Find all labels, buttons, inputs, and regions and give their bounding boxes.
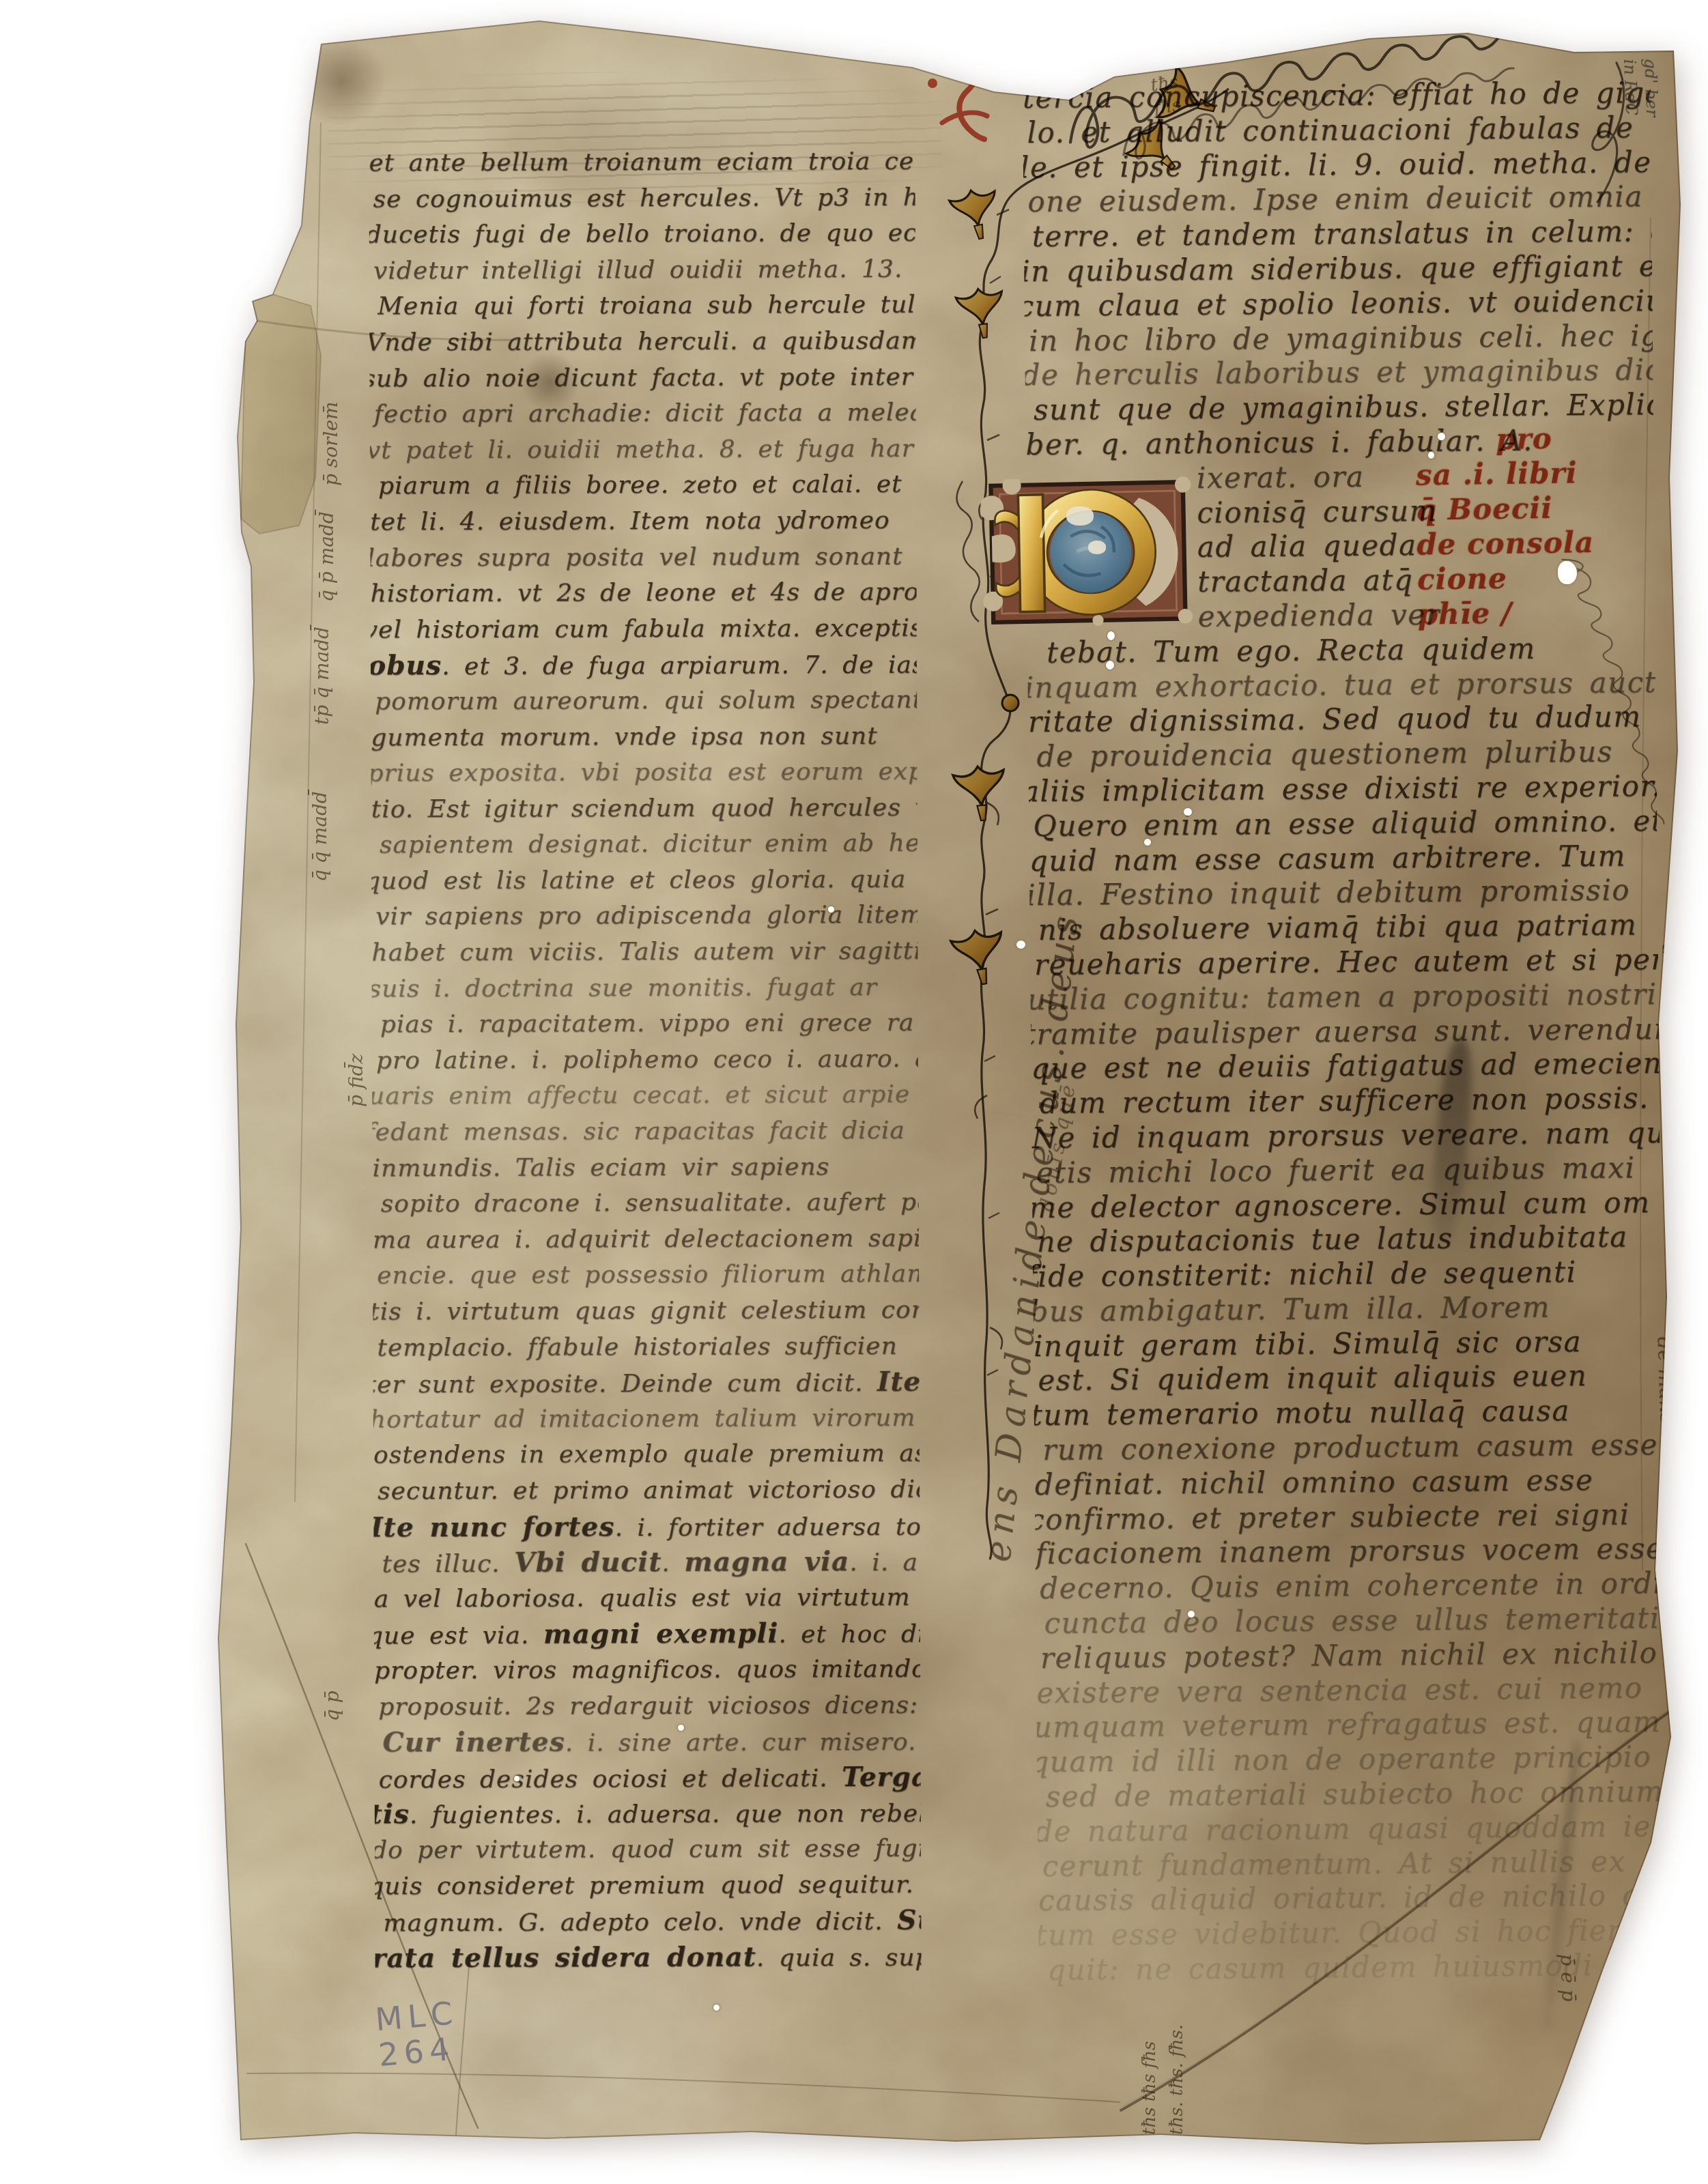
- text-line: videtur intelligi illud ouidii metha. 13…: [373, 251, 915, 289]
- text-line: ter sunt exposite. Deinde cum dicit. Ite…: [367, 1364, 920, 1402]
- text-line: datis. fugientes. i. aduersa. que non re…: [332, 1795, 921, 1833]
- text-line: cerunt fundamentum. At si nullis ex: [1042, 1844, 1666, 1884]
- parchment-hole: [1144, 839, 1151, 846]
- text-line: vt patet li. ouidii metha. 8. et fuga ha…: [367, 431, 916, 468]
- parchment-hole: [1438, 433, 1445, 440]
- corner-note-line: gd' ber: [1640, 58, 1662, 117]
- text-line: causis aliquid oriatur. id de nichilo or: [1038, 1878, 1666, 1919]
- text-line: fide constiterit: nichil de sequenti: [1026, 1254, 1661, 1295]
- text-line: ma aurea i. adquirit delectacionem sapi: [373, 1220, 919, 1258]
- text-line: labores supra posita vel nudum sonant: [367, 538, 916, 576]
- text-line: tramite paulisper auersa sunt. verendum: [1024, 1012, 1659, 1052]
- text-line: se cognouimus est hercules. Vt p3 in his…: [373, 179, 915, 217]
- parchment-hole: [1558, 561, 1577, 584]
- text-line: reliquus potest? Nam nichil ex nichilo: [1040, 1636, 1664, 1676]
- text-line: tet li. 4. eiusdem. Item nota ydromeo: [370, 503, 916, 541]
- text-line: magnum. G. adepto celo. vnde dicit. Supe: [383, 1903, 921, 1940]
- text-line: piarum a filiis boree. zeto et calai. et…: [378, 467, 916, 504]
- text-line: aliis implicitam esse dixisti re experio…: [1022, 769, 1657, 809]
- text-line: Ne id inquam prorsus vereare. nam qui: [1031, 1116, 1660, 1156]
- parchment-hole: [713, 2005, 720, 2011]
- text-line: illa. Festino inquit debitum promissio: [1026, 873, 1657, 913]
- text-line: terre. et tandem translatus in celum: ef…: [1032, 214, 1652, 255]
- pen-trials-bottom: tħs tħs fħs tħs. tħs. fħs.: [1136, 2024, 1191, 2135]
- text-line: pomorum aureorum. qui solum spectant ad …: [375, 682, 917, 720]
- text-line: suis i. doctrina sue monitis. fugat ar: [369, 969, 918, 1007]
- right-margin-note: de māns doctū: [1652, 1336, 1681, 1489]
- text-line: le. et ipse fingit. li. 9. ouid. metha. …: [1020, 145, 1651, 186]
- parchment-hole: [678, 1725, 684, 1731]
- text-line: uaris enim affectu cecat. et sicut arpie: [369, 1077, 918, 1115]
- text-line: pias i. rapacitatem. vippo eni grece ra: [380, 1005, 918, 1043]
- left-margin-note: q̄ p̄ madd̄: [315, 511, 338, 602]
- parchment-hole: [514, 1776, 519, 1781]
- gold-fleuron-icon: [952, 764, 1009, 823]
- text-line: cordes desides ociosi et delicati. Terga…: [379, 1759, 921, 1796]
- text-line: de herculis laboribus et ymaginibus dict…: [1021, 353, 1653, 393]
- left-text-column: et ante bellum troianum eciam troia cepi…: [369, 144, 921, 1977]
- rubric-line: sa .i. libri: [1416, 455, 1587, 492]
- text-line: in quibusdam sideribus. que effigiant eu…: [1021, 249, 1652, 289]
- text-line: ducetis fugi de bello troiano. de quo ec…: [366, 216, 915, 253]
- corner-note: gd' ber in RdC: [1619, 58, 1662, 118]
- text-line: one eiusdem. Ipse enim deuicit omnia mon…: [1027, 179, 1651, 220]
- text-line: umquam veterum refragatus est. quam: [1034, 1705, 1665, 1745]
- text-line: decerno. Quis enim cohercente in ordinem: [1040, 1566, 1664, 1607]
- left-margin-note: q̄ p̄: [321, 1691, 343, 1721]
- text-line: quis consideret premium quod sequitur. b…: [368, 1867, 921, 1904]
- text-line: do per virtutem. quod cum sit esse fugie…: [371, 1831, 921, 1869]
- text-line: fectio apri archadie: dicit facta a mele…: [374, 395, 916, 433]
- text-line: quid nam esse casum arbitrere. Tum: [1029, 839, 1657, 879]
- text-line: dum rectum iter sufficere non possis.: [1040, 1081, 1660, 1121]
- left-margin-note: q̄ q̄ madd̄: [309, 791, 331, 882]
- text-line: Vnde sibi attributa herculi. a quibusdam: [366, 324, 915, 361]
- text-line: de natura racionum quasi quoddam ie: [1034, 1809, 1666, 1850]
- parchment-hole: [828, 906, 834, 913]
- text-line: definiat. nichil omnino casum esse: [1035, 1463, 1663, 1503]
- text-line: proposuit. 2s redarguit viciosos dicens:: [378, 1687, 920, 1725]
- text-line: vir sapiens pro adipiscenda gloria litem: [375, 897, 917, 935]
- parchment-hole: [1106, 661, 1114, 670]
- text-line: pro latine. i. poliphemo ceco i. auaro. …: [376, 1041, 918, 1078]
- text-line: Quero enim an esse aliquid omnino. et: [1033, 804, 1657, 844]
- leaf-shadow: et ante bellum troianum eciam troia cepi…: [0, 0, 1708, 2184]
- text-line: utilia cognitu: tamen a propositi nostri: [1027, 977, 1658, 1018]
- text-line: Menia qui forti troiana sub hercule tuli…: [378, 287, 915, 325]
- right-margin-note: p̄ ē p̄: [1556, 1953, 1580, 2002]
- text-line: sub alio noie dicunt facta. vt pote inte…: [362, 359, 915, 397]
- text-line: sopito dracone i. sensualitate. aufert p…: [381, 1185, 919, 1222]
- text-line: ne disputacionis tue latus indubitata: [1036, 1220, 1660, 1260]
- page-background: et ante bellum troianum eciam troia cepi…: [0, 0, 1708, 2184]
- gold-fleuron-icon: [955, 286, 1008, 341]
- rubric-line: phīe /: [1417, 594, 1589, 631]
- manuscript-leaf: et ante bellum troianum eciam troia cepi…: [0, 0, 1708, 2184]
- text-line: tis i. virtutum quas gignit celestium co…: [369, 1293, 919, 1330]
- text-line: secuntur. et primo animat victorioso dic…: [378, 1472, 920, 1510]
- gold-ball-icon: [1002, 695, 1019, 711]
- corner-note-line: in RdC: [1619, 59, 1642, 118]
- text-line: hortatur ad imitacionem talium virorum f…: [370, 1400, 920, 1437]
- text-line: tes illuc. Vbi ducit. magna via. i. ardu…: [382, 1544, 920, 1581]
- left-margin-note: p̄ fid̄z: [345, 1054, 367, 1107]
- text-line: sed de materiali subiecto hoc omnium: [1046, 1774, 1666, 1815]
- text-line: Ite nunc fortes. i. fortiter aduersa tol…: [370, 1508, 920, 1545]
- text-line: tebat. Tum ego. Recta quidem: [1047, 631, 1655, 671]
- parchment-hole: [1428, 452, 1434, 459]
- text-line: que est ne deuiis fatigatus ad emecien: [1031, 1046, 1659, 1087]
- text-line: me delector agnoscere. Simul cum om: [1029, 1185, 1660, 1225]
- pen-trial-line: tħs. tħs. fħs.: [1163, 2024, 1191, 2135]
- parchment-hole: [1107, 631, 1115, 640]
- text-line: tio. Est igitur sciendum quod hercules v…: [371, 790, 917, 827]
- text-line: ficacionem inanem prorsus vocem esse: [1035, 1532, 1663, 1572]
- text-line: cum claua et spolio leonis. vt ouidenciu…: [1017, 284, 1652, 324]
- text-line: tum temerario motu nullaq̄ causa: [1031, 1393, 1662, 1433]
- text-line: quam id illi non de operante principio: [1030, 1740, 1665, 1780]
- text-line: ostendens in exemplo quale premium as: [373, 1436, 920, 1474]
- illuminated-initial-d: [980, 476, 1196, 630]
- surface-chip: [1088, 541, 1106, 554]
- text-line: confirmo. et preter subiecte rei signi: [1028, 1497, 1663, 1538]
- text-line: sapientem designat. dicitur enim ab her: [380, 826, 917, 863]
- text-line: etis michi loco fuerit ea quibus maxi: [1036, 1151, 1660, 1191]
- text-line: inquam exhortacio. tua et prorsus aucto: [1024, 665, 1655, 706]
- text-line: templacio. ffabule historiales sufficien: [377, 1328, 919, 1366]
- text-line: propter. viros magnificos. quos imitando…: [374, 1652, 920, 1689]
- text-line: ritate dignissima. Sed quod tu dudum: [1028, 700, 1656, 740]
- surface-chip: [1066, 506, 1094, 526]
- text-line: cuncta deo locus esse ullus temeritati: [1044, 1601, 1664, 1641]
- parchment-hole: [1184, 808, 1192, 816]
- parchment-hole: [1016, 940, 1025, 949]
- text-line: fedant mensas. sic rapacitas facit dicia: [365, 1113, 918, 1151]
- text-line: lo. et alludit continuacioni fabulas de …: [1027, 111, 1651, 151]
- text-line: inquit geram tibi. Simulq̄ sic orsa: [1034, 1324, 1662, 1364]
- parchment-hole: [1188, 1611, 1195, 1618]
- rubric-line: q̄ Boecii: [1416, 490, 1587, 527]
- shelfmark-line: 264: [377, 2030, 463, 2073]
- rubric-line: de consola: [1417, 525, 1588, 562]
- text-line: in hoc libro de ymaginibus celi. hec igi…: [1029, 319, 1653, 359]
- text-line: historiam. vt 2s de leone et 4s de apro: [371, 575, 917, 612]
- gold-fleuron-icon: [948, 186, 1004, 244]
- left-margin-note: p̄ sorlem̄: [319, 401, 342, 486]
- text-line: prius exposita. vbi posita est eorum exp…: [367, 754, 917, 792]
- rubric-incipit: prosa .i. libriq̄ Boeciide consolacionep…: [1415, 420, 1589, 631]
- text-line: gumenta morum. vnde ipsa non sunt: [371, 718, 917, 756]
- shelfmark-pencil: MLC 264: [374, 1995, 463, 2073]
- text-line: rum conexione productum casum esse: [1042, 1428, 1662, 1468]
- gold-fleuron-icon: [950, 926, 1009, 988]
- right-text-column: tercia concupiscencia: effiat ho de giga…: [1023, 76, 1667, 1988]
- pen-trial-line: fħs: [1152, 94, 1183, 120]
- text-line: et ante bellum troianum eciam troia cepi…: [369, 144, 915, 182]
- pen-trial-line: tħs: [1149, 71, 1180, 98]
- text-line: encie. que est possessio filiorum athlan: [377, 1256, 919, 1294]
- text-line: nis absoluere viamq̄ tibi qua patriam: [1038, 908, 1657, 948]
- text-line: tum esse videbitur. Quod si hoc fieri ne: [1035, 1913, 1666, 1953]
- text-line: bus ambigatur. Tum illa. Morem: [1029, 1289, 1661, 1330]
- text-line: quod est lis latine et cleos gloria. qui…: [365, 861, 917, 899]
- text-line: reueharis aperire. Hec autem et si per: [1034, 943, 1658, 983]
- text-line: inmundis. Talis eciam vir sapiens: [372, 1149, 918, 1186]
- text-line: existere vera sentencia est. cui nemo: [1036, 1671, 1664, 1711]
- text-line: est. Si quidem inquit aliquis euen: [1038, 1358, 1662, 1398]
- text-line: Cur inertes. i. sine arte. cur misero. s…: [382, 1723, 920, 1761]
- text-line: de prouidencia questionem pluribus: [1036, 734, 1656, 775]
- text-line: vel historiam cum fabula mixta. exceptis: [364, 610, 917, 648]
- text-line: habet cum viciis. Talis autem vir sagitt…: [371, 934, 917, 971]
- text-line: a vel laboriosa. qualis est via virtutum: [374, 1579, 920, 1617]
- pen-trial-line: tħs tħs fħs: [1136, 2024, 1163, 2135]
- text-line: que est via. magni exempli. et hoc dicit: [367, 1615, 920, 1653]
- text-line: tercia concupiscencia: effiat ho de giga…: [1023, 76, 1651, 116]
- text-line: duobus. et 3. de fuga arpiarum. 7. de ia…: [328, 646, 917, 685]
- left-margin-note: tp̄ q̄ madd̄: [311, 627, 333, 725]
- text-line: rata tellus sidera donat. quia s. supra: [372, 1938, 922, 1976]
